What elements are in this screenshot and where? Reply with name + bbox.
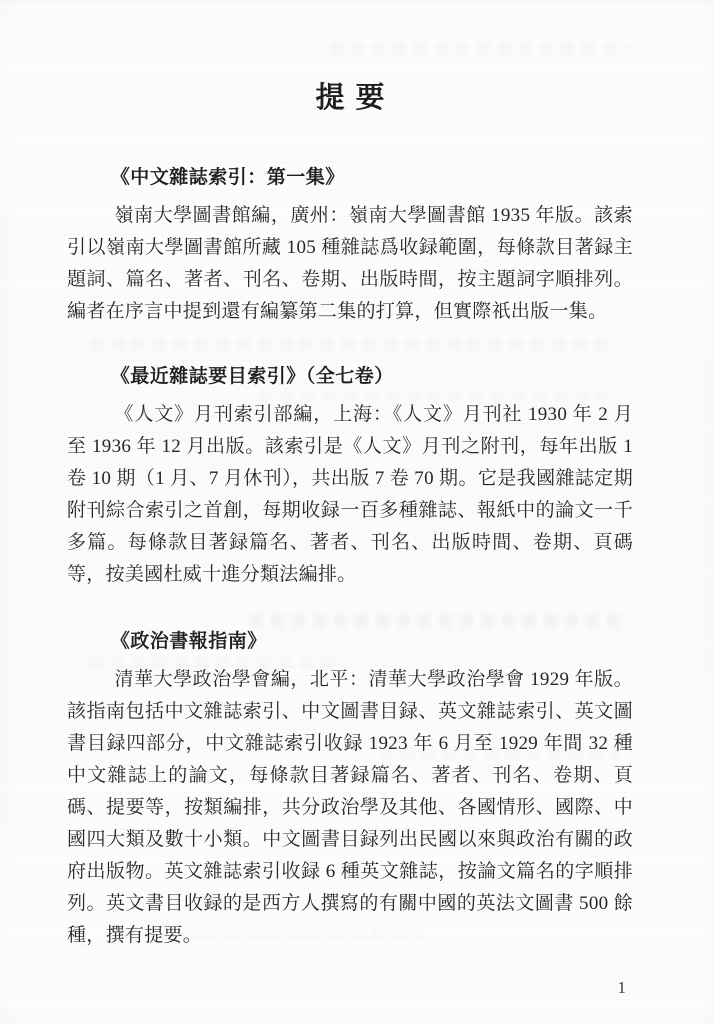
section-zhengzhi-shubao-zhinan: 《政治書報指南》 清華大學政治學會編，北平：清華大學政治學會 1929 年版。該… — [67, 631, 633, 952]
section-zhongwen-zazhi-suoyin: 《中文雜誌索引：第一集》 嶺南大學圖書館編，廣州：嶺南大學圖書館 1935 年版… — [67, 167, 633, 328]
section-heading: 《最近雜誌要目索引》（全七卷） — [67, 366, 633, 387]
section-heading: 《中文雜誌索引：第一集》 — [67, 167, 633, 188]
page-title: 提要 — [67, 84, 633, 113]
page-content: 提要 《中文雜誌索引：第一集》 嶺南大學圖書館編，廣州：嶺南大學圖書館 1935… — [67, 0, 633, 952]
page-number: 1 — [618, 978, 627, 998]
section-zuijin-zazhi-yaomu-suoyin: 《最近雜誌要目索引》（全七卷） 《人文》月刊索引部編，上海：《人文》月刊社 19… — [67, 366, 633, 591]
section-body: 嶺南大學圖書館編，廣州：嶺南大學圖書館 1935 年版。該索引以嶺南大學圖書館所… — [67, 200, 633, 328]
section-body: 清華大學政治學會編，北平：清華大學政治學會 1929 年版。該指南包括中文雜誌索… — [67, 664, 633, 952]
section-heading: 《政治書報指南》 — [67, 631, 633, 652]
section-body: 《人文》月刊索引部編，上海：《人文》月刊社 1930 年 2 月至 1936 年… — [67, 399, 633, 591]
scanned-book-page: 提要 《中文雜誌索引：第一集》 嶺南大學圖書館編，廣州：嶺南大學圖書館 1935… — [0, 0, 714, 1024]
